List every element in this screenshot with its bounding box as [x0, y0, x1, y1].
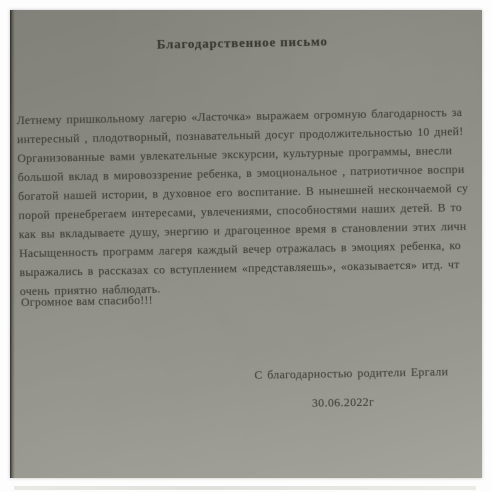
letter-closing: Огромное вам спасибо!!! [21, 293, 153, 310]
screenshot-stage: Благодарственное письмо Летнему пришколь… [0, 0, 492, 492]
letter-date: 30.06.2022г [312, 395, 375, 411]
bottom-edge-strip [14, 486, 476, 490]
document-photo: Благодарственное письмо Летнему пришколь… [10, 10, 482, 478]
letter-content: Благодарственное письмо Летнему пришколь… [10, 10, 482, 478]
letter-signature: С благодарностью родители Ергали [254, 363, 482, 382]
letter-title: Благодарственное письмо [10, 31, 478, 56]
